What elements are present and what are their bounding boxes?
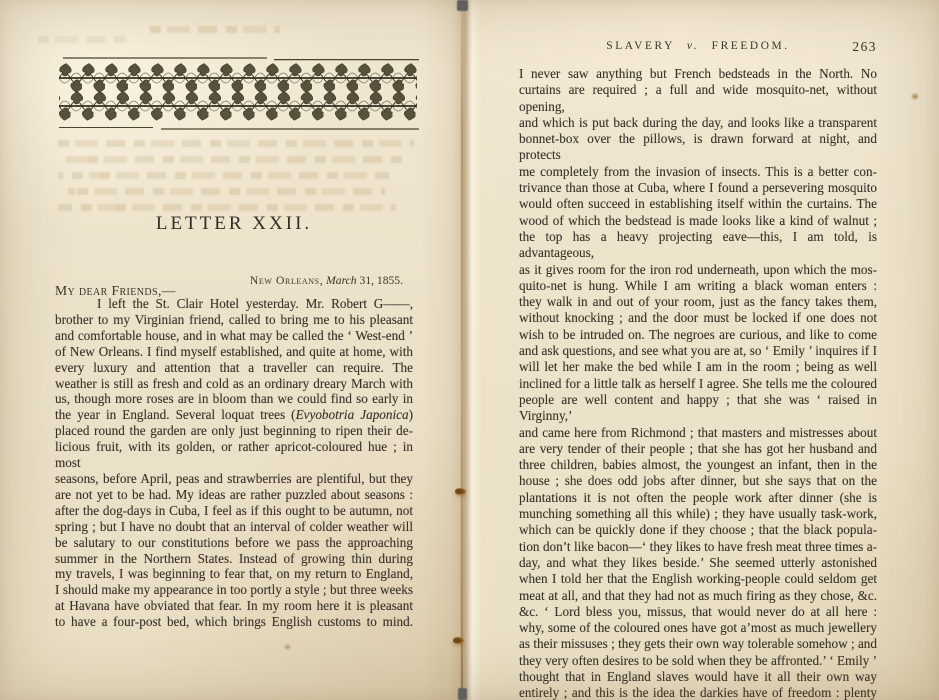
text-line: at Havana have obviated that fear. In my… [55, 598, 413, 614]
text-line: three children, babies almost, the young… [519, 457, 877, 473]
text-line: and comfortable house, and in what may b… [55, 328, 413, 344]
text-line: are not yet to be had. My ideas are rath… [55, 487, 413, 503]
text-line: and which is put back during the day, an… [519, 115, 877, 131]
text-line: us, though more roses are in bloom than … [55, 391, 413, 407]
text-line: why, some of the coloured ones have got … [519, 620, 877, 636]
foxing-spot [285, 645, 290, 649]
text-line: munching something all this while) ; the… [519, 506, 877, 522]
text-line: are very tender of their people ; that s… [519, 441, 877, 457]
text-line: they very often desires to be sold when … [519, 653, 877, 669]
text-line: wood of which the bedstead is made looks… [519, 213, 877, 229]
text-line: weather is still as fresh and cold as an… [55, 376, 413, 392]
dateline-month: March [326, 274, 356, 287]
letter-body-right: I never saw anything but French bedstead… [519, 66, 877, 700]
text-line: &c. ‘ Lord bless you, missus, that would… [519, 604, 877, 620]
text-line: when I told her that the English working… [519, 571, 877, 587]
text-line: I left the St. Clair Hotel yesterday. Mr… [55, 296, 413, 312]
book-spread: LETTER XXII. New Orleans, March 31, 1855… [0, 0, 939, 700]
text-line: tion don’t like bacon—‘ they likes to ha… [519, 539, 877, 555]
text-line: inclined for a little talk as herself I … [519, 376, 877, 392]
spine-chip-top [457, 0, 468, 11]
text-line: and came here from Richmond ; that maste… [519, 425, 877, 441]
text-line: after the dog-days in Cuba, I feel as if… [55, 503, 413, 519]
text-line: licious fruit, with its golden, or rathe… [55, 439, 413, 471]
text-line: summer in the Northern States. Instead o… [55, 551, 413, 567]
text-line: as it gives room for the iron rod undern… [519, 262, 877, 278]
show-through-mark [38, 36, 128, 43]
dateline-place: New Orleans, [250, 274, 323, 287]
letter-body-left: I left the St. Clair Hotel yesterday. Mr… [55, 296, 413, 630]
text-line: entirely ; and this is the idea the dark… [519, 685, 877, 700]
text-line: would often succeed in establishing itse… [519, 196, 877, 212]
text-line: curtains are required ; a full and wide … [519, 82, 877, 115]
text-line: plantations it is not often the people w… [519, 490, 877, 506]
text-line: brother to my Virginian friend, called t… [55, 312, 413, 328]
foxing-spot [777, 122, 781, 125]
text-line: I never saw anything but French bedstead… [519, 66, 877, 82]
text-line: they walk in and out of your room, just … [519, 294, 877, 310]
text-line: trivance than those at Cuba, where I fou… [519, 180, 877, 196]
text-line: bonnet-box over the pillows, is drawn fo… [519, 131, 877, 164]
page-number: 263 [519, 39, 877, 55]
right-page: SLAVERY v. FREEDOM. 263 I never saw anyt… [462, 0, 939, 700]
text-line: as their missuses ; they gets their own … [519, 636, 877, 652]
text-line: of New Orleans. I find myself establishe… [55, 344, 413, 360]
foxing-spot [912, 94, 918, 99]
left-page: LETTER XXII. New Orleans, March 31, 1855… [0, 0, 462, 700]
text-line: me completely from the invasion of insec… [519, 164, 877, 180]
text-line: people are well content and happy ; that… [519, 392, 877, 425]
text-line: every luxury and attention that a travel… [55, 360, 413, 376]
text-line: wish to be intruded on. The negroes are … [519, 327, 877, 343]
text-line: which can be quickly done if they choose… [519, 522, 877, 538]
show-through-mark [150, 26, 280, 34]
show-through-text [58, 140, 414, 218]
binding-stitch [455, 488, 466, 495]
ivy-border-ornament [53, 55, 425, 135]
text-line: thought that in England slaves would hav… [519, 669, 877, 685]
text-line: be salutary to our constitutions before … [55, 535, 413, 551]
text-line: seasons, before April, peas and strawber… [55, 471, 413, 487]
text-line: without knocking ; and the door must be … [519, 310, 877, 326]
text-line: spring ; but I have no doubt that an int… [55, 519, 413, 535]
spine-chip-bottom [458, 688, 467, 700]
dateline-day-year: 31, 1855. [360, 274, 403, 287]
text-line: and ask questions, and see what you are … [519, 343, 877, 359]
text-line: to have a four-post bed, which brings En… [55, 614, 413, 630]
text-line: day, and what they likes beside.’ She se… [519, 555, 877, 571]
text-line: meat at all, and that they had not as mu… [519, 588, 877, 604]
text-line: my travels, I was beginning to fear that… [55, 566, 413, 582]
text-line: placed round the garden are only just be… [55, 423, 413, 439]
binding-stitch [453, 637, 464, 644]
text-line: the top has a heavy projecting eave—this… [519, 229, 877, 262]
text-line: quito-net is hung. While I am writing a … [519, 278, 877, 294]
letter-heading: LETTER XXII. [55, 213, 413, 235]
text-line: I should make my appearance in too portl… [55, 582, 413, 598]
text-line: will let her make the bed while I am in … [519, 359, 877, 375]
text-line: the year in England. Several loquat tree… [55, 407, 413, 423]
text-line: house ; she does odd jobs after dinner, … [519, 473, 877, 489]
